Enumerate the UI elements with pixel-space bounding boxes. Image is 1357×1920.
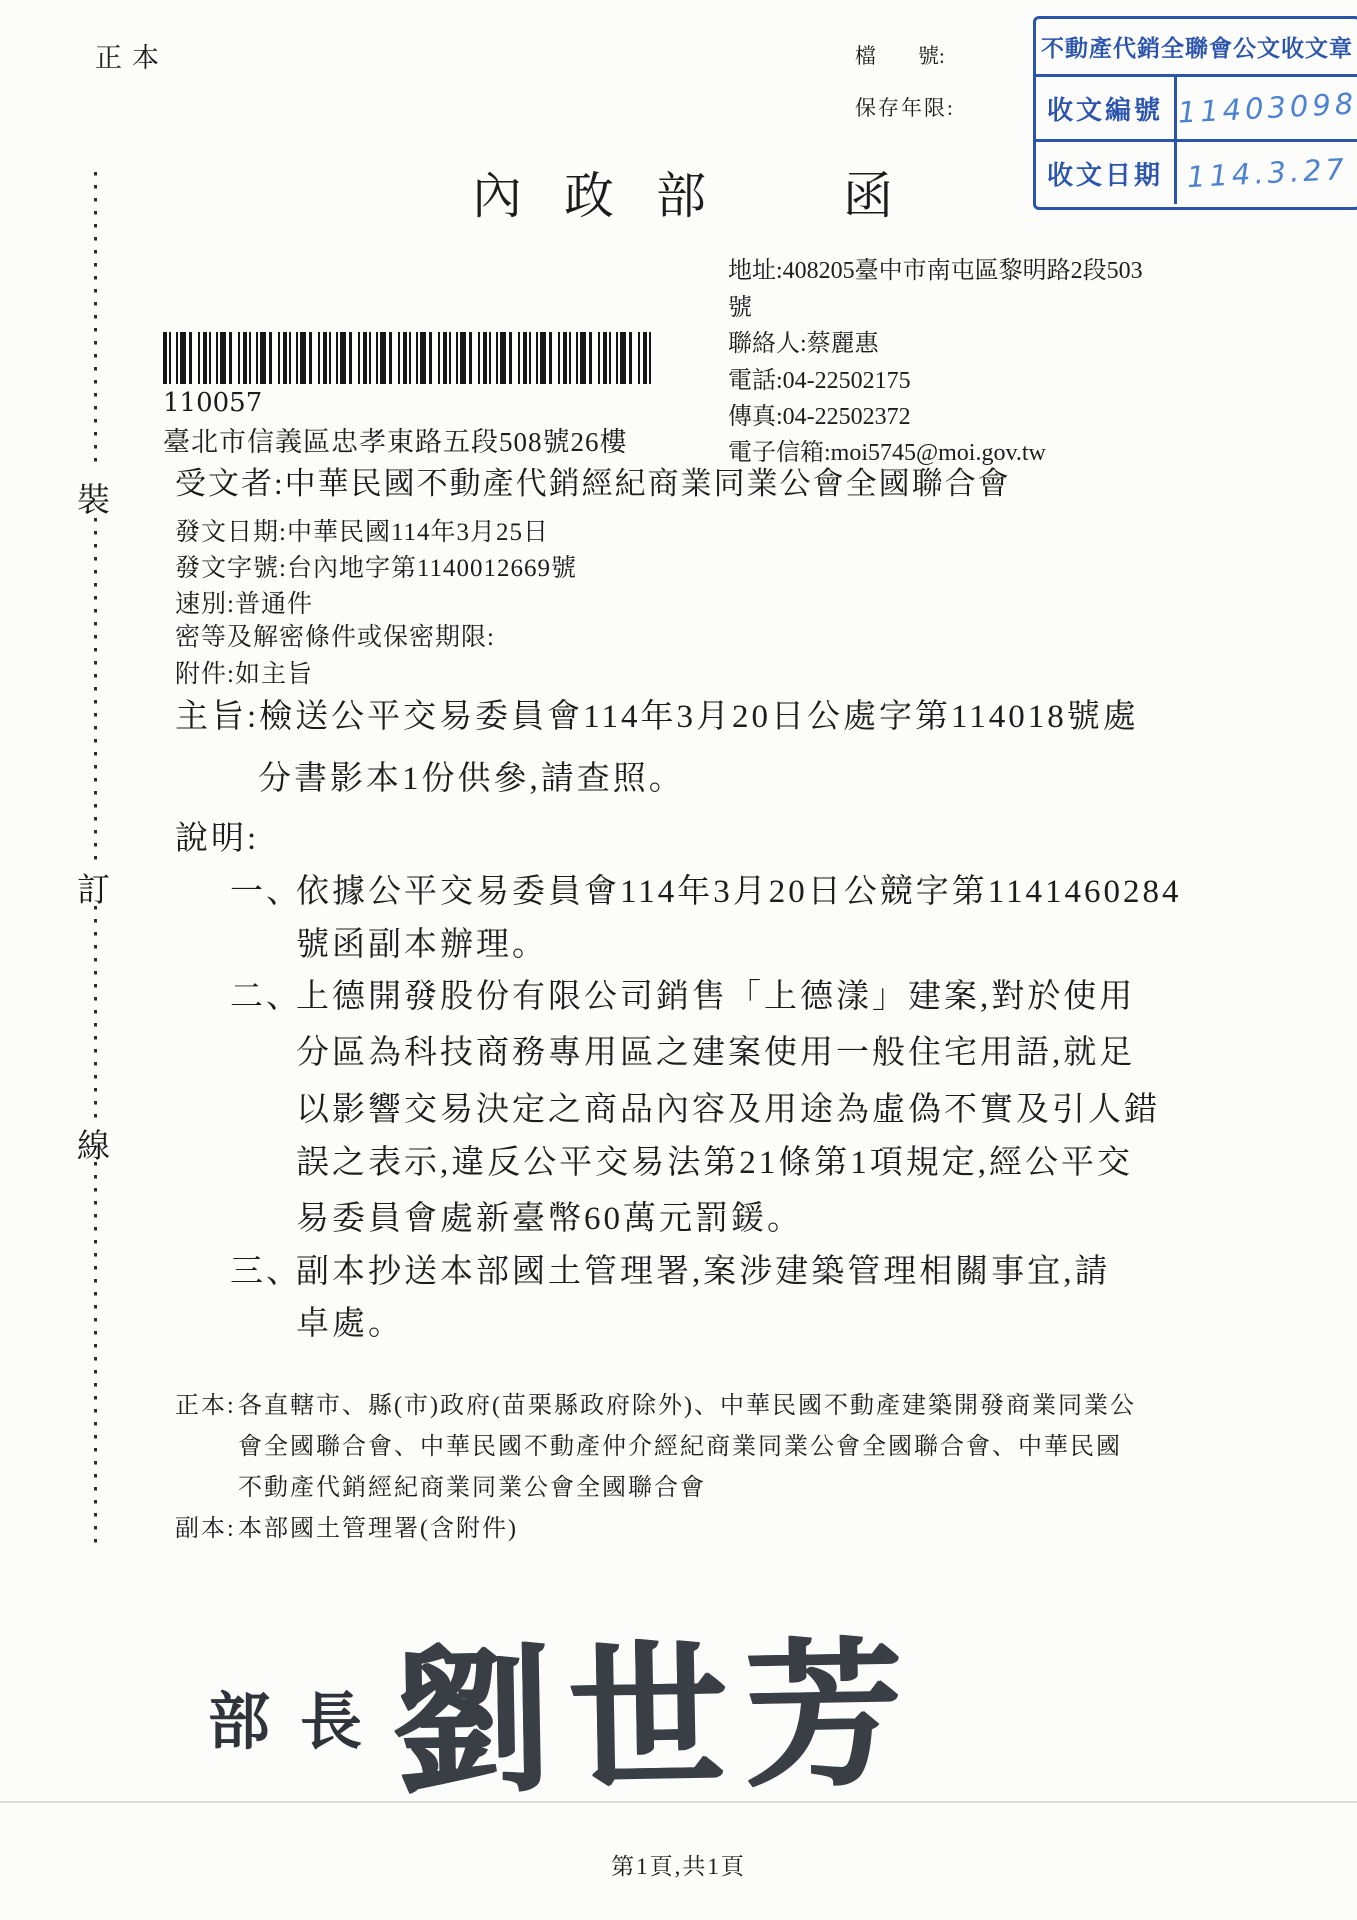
issue-number-line: 發文字號:台內地字第1140012669號 [175,548,577,584]
minister-title: 部長 [208,1672,392,1761]
binding-mark-xian: 線 [77,1120,110,1167]
receipt-stamp-title: 不動產代銷全聯會公文收文章 [1036,19,1357,77]
barcode [163,332,651,384]
scanned-official-letter: 正本 裝 訂 線 檔 號: 保存年限: 不動產代銷全聯會公文收文章 收文編號 1… [0,0,1357,1920]
security-class-line: 密等及解密條件或保密期限: [175,617,495,653]
page-footer: 第1頁,共1頁 [0,1848,1357,1881]
original-copy-line1: 各直轄市、縣(市)政府(苗栗縣政府除外)、中華民國不動產建築開發商業同業公 [238,1385,1136,1420]
scan-seam-line [0,1801,1357,1803]
item2-line2: 分區為科技商務專用區之建案使用一般住宅用語,就足 [296,1026,1135,1073]
binding-dotted-line-2 [94,518,97,862]
cc-copy-label: 副本: [175,1508,236,1543]
subject-label: 主旨: [175,699,259,735]
item2-line5: 易委員會處新臺幣60萬元罰鍰。 [296,1192,803,1239]
item2-line1: 上德開發股份有限公司銷售「上德漾」建案,對於使用 [296,970,1135,1017]
item1-line1: 依據公平交易委員會114年3月20日公競字第1141460284 [296,865,1182,912]
sender-address-line1: 地址:408205臺中市南屯區黎明路2段503 [728,250,1143,285]
issue-date-line: 發文日期:中華民國114年3月25日 [175,512,549,548]
receipt-number-value: 11403098 [1176,72,1357,143]
recipient-line: 受文者:中華民國不動產代銷經紀商業同業公會全國聯合會 [175,458,1011,503]
receipt-stamp-row-number: 收文編號 11403098 [1036,77,1357,139]
subject-line1: 主旨:檢送公平交易委員會114年3月20日公處字第114018號處 [175,690,1139,737]
doc-type-title: 函 [843,156,893,228]
item3-num: 三、 [230,1245,302,1292]
receipt-date-label: 收文日期 [1036,142,1177,204]
binding-dotted-line-4 [94,1162,97,1544]
cc-copy-line1: 本部國土管理署(含附件) [238,1508,518,1543]
sender-address-line2: 號 [728,287,752,322]
binding-mark-zhuang: 裝 [77,474,110,521]
explanation-label: 說明: [175,812,259,859]
original-copy-line2: 會全國聯合會、中華民國不動產仲介經紀商業同業公會全國聯合會、中華民國 [238,1426,1122,1461]
binding-dotted-line-1 [94,172,97,470]
retention-period-label: 保存年限: [855,92,955,122]
subject-line2: 分書影本1份供參,請查照。 [258,752,685,799]
item2-line4: 誤之表示,違反公平交易法第21條第1項規定,經公平交 [296,1136,1133,1183]
sender-fax: 傳真:04-22502372 [728,396,911,431]
item3-line1: 副本抄送本部國土管理署,案涉建築管理相關事宜,請 [296,1245,1111,1292]
item2-num: 二、 [230,970,302,1017]
copy-type-label: 正本 [95,36,169,75]
barcode-number: 110057 [163,388,262,418]
binding-mark-ding: 訂 [77,864,110,911]
item3-line2: 卓處。 [296,1297,404,1344]
receipt-stamp-row-date: 收文日期 114.3.27 [1036,139,1357,204]
sender-contact-person: 聯絡人:蔡麗惠 [728,323,879,358]
recipient-name: 中華民國不動產代銷經紀商業同業公會全國聯合會 [285,466,1011,501]
original-copy-line3: 不動產代銷經紀商業同業公會全國聯合會 [238,1467,706,1502]
subject-text-1: 檢送公平交易委員會114年3月20日公處字第114018號處 [259,699,1139,735]
receipt-date-value: 114.3.27 [1176,137,1357,208]
item2-line3: 以影響交易決定之商品內容及用途為虛偽不實及引人錯 [296,1083,1160,1130]
recipient-mailing-address: 臺北市信義區忠孝東路五段508號26樓 [163,420,628,459]
minister-signature: 劉世芳 [390,1587,922,1823]
item1-num: 一、 [230,865,302,912]
issuer-title: 內政部 [472,156,748,228]
recipient-label: 受文者: [175,466,285,501]
speed-class-line: 速別:普通件 [175,584,313,620]
file-number-label: 檔 號: [855,40,945,70]
item1-line2: 號函副本辦理。 [296,918,548,965]
sender-phone: 電話:04-22502175 [728,360,911,395]
attachment-line: 附件:如主旨 [175,654,313,690]
receipt-stamp: 不動產代銷全聯會公文收文章 收文編號 11403098 收文日期 114.3.2… [1033,16,1357,210]
binding-dotted-line-3 [94,906,97,1118]
receipt-number-label: 收文編號 [1036,77,1177,139]
original-copy-label: 正本: [175,1385,236,1420]
